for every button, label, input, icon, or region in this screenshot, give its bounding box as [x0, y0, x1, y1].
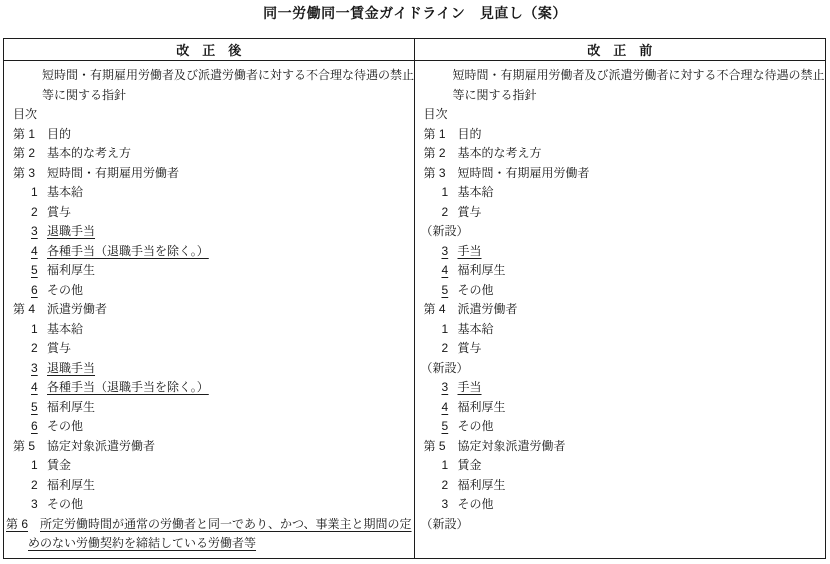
line-text: 手当 [458, 242, 482, 262]
line-text: 目次 [424, 105, 448, 125]
column-body-before: 短時間・有期雇用労働者及び派遣労働者に対する不合理な待遇の禁止等に関する指針目次… [415, 61, 826, 558]
toc-line: 短時間・有期雇用労働者及び派遣労働者に対する不合理な待遇の禁止 [415, 66, 826, 86]
line-text: 所定労働時間が通常の労働者と同一であり、かつ、事業主と期間の定 [40, 515, 412, 535]
line-number: 5 [442, 281, 449, 301]
line-text: 基本給 [458, 320, 494, 340]
line-text: その他 [47, 417, 83, 437]
toc-line: 3退職手当 [4, 222, 414, 242]
line-number: 6 [31, 281, 38, 301]
toc-line: 2福利厚生 [415, 476, 826, 496]
line-text: 基本給 [47, 320, 83, 340]
line-text: 基本給 [47, 183, 83, 203]
line-number: 第 3 [13, 164, 35, 184]
toc-line: 6その他 [4, 417, 414, 437]
line-number: 3 [442, 495, 449, 515]
line-number: 5 [31, 398, 38, 418]
line-text: 協定対象派遣労働者 [458, 437, 566, 457]
line-text: その他 [458, 417, 494, 437]
toc-line: 第 5協定対象派遣労働者 [415, 437, 826, 457]
line-text: 基本給 [458, 183, 494, 203]
comparison-table: 改 正 後 改 正 前 短時間・有期雇用労働者及び派遣労働者に対する不合理な待遇… [3, 38, 826, 559]
line-text: 賞与 [47, 203, 71, 223]
toc-line: （新設） [415, 359, 826, 379]
toc-line: 目次 [4, 105, 414, 125]
toc-line: 3退職手当 [4, 359, 414, 379]
column-body-after: 短時間・有期雇用労働者及び派遣労働者に対する不合理な待遇の禁止等に関する指針目次… [4, 61, 415, 558]
toc-line: 5その他 [415, 281, 826, 301]
line-text: 賞与 [458, 339, 482, 359]
line-number: 第 4 [424, 300, 446, 320]
toc-line: 2福利厚生 [4, 476, 414, 496]
toc-line: 2賞与 [415, 339, 826, 359]
toc-line: 等に関する指針 [4, 86, 414, 106]
line-text: 退職手当 [47, 359, 95, 379]
line-number: 3 [31, 495, 38, 515]
line-number: 1 [442, 183, 449, 203]
line-number: 第 1 [424, 125, 446, 145]
line-text: 等に関する指針 [42, 86, 126, 106]
toc-line: 等に関する指針 [415, 86, 826, 106]
toc-line: 5福利厚生 [4, 261, 414, 281]
line-text: 賃金 [458, 456, 482, 476]
line-text: 退職手当 [47, 222, 95, 242]
line-text: 短時間・有期雇用労働者及び派遣労働者に対する不合理な待遇の禁止 [453, 66, 825, 86]
toc-line: 4福利厚生 [415, 261, 826, 281]
line-text: 目的 [47, 125, 71, 145]
line-number: 第 2 [424, 144, 446, 164]
document-page: 同一労働同一賃金ガイドライン 見直し（案） 改 正 後 改 正 前 短時間・有期… [0, 0, 830, 564]
toc-line: 3その他 [415, 495, 826, 515]
line-text: 派遣労働者 [47, 300, 107, 320]
line-text: 福利厚生 [47, 476, 95, 496]
toc-line: 1基本給 [4, 183, 414, 203]
line-number: 4 [442, 398, 449, 418]
line-text: 基本的な考え方 [47, 144, 131, 164]
toc-line: （新設） [415, 222, 826, 242]
toc-line: 短時間・有期雇用労働者及び派遣労働者に対する不合理な待遇の禁止 [4, 66, 414, 86]
line-text: 目次 [13, 105, 37, 125]
line-text: 各種手当（退職手当を除く。） [47, 378, 209, 398]
line-number: 2 [31, 339, 38, 359]
toc-line: 6その他 [4, 281, 414, 301]
line-number: 3 [442, 242, 449, 262]
line-text: （新設） [421, 222, 469, 242]
toc-line: 5福利厚生 [4, 398, 414, 418]
line-text: 賞与 [47, 339, 71, 359]
toc-line: 4各種手当（退職手当を除く。） [4, 242, 414, 262]
line-number: 2 [31, 476, 38, 496]
line-text: 賞与 [458, 203, 482, 223]
line-text: 福利厚生 [47, 398, 95, 418]
line-text: その他 [47, 495, 83, 515]
line-text: 派遣労働者 [458, 300, 518, 320]
line-text: 短時間・有期雇用労働者 [47, 164, 179, 184]
line-number: 第 1 [13, 125, 35, 145]
line-text: めのない労働契約を締結している労働者等 [28, 534, 256, 554]
toc-line: 第 4派遣労働者 [4, 300, 414, 320]
line-number: 4 [31, 242, 38, 262]
line-text: 福利厚生 [458, 398, 506, 418]
toc-line: 第 4派遣労働者 [415, 300, 826, 320]
line-text: 短時間・有期雇用労働者及び派遣労働者に対する不合理な待遇の禁止 [42, 66, 414, 86]
line-text: 手当 [458, 378, 482, 398]
line-number: 1 [31, 183, 38, 203]
document-title: 同一労働同一賃金ガイドライン 見直し（案） [0, 3, 830, 23]
line-number: 1 [442, 456, 449, 476]
line-number: 6 [31, 417, 38, 437]
toc-line: 5その他 [415, 417, 826, 437]
toc-line: 3その他 [4, 495, 414, 515]
toc-line: 3手当 [415, 242, 826, 262]
toc-line: 1基本給 [415, 183, 826, 203]
line-number: 3 [442, 378, 449, 398]
toc-line: 第 3短時間・有期雇用労働者 [4, 164, 414, 184]
toc-line: 4福利厚生 [415, 398, 826, 418]
toc-line: 3手当 [415, 378, 826, 398]
line-number: 3 [31, 359, 38, 379]
toc-line: 1賃金 [4, 456, 414, 476]
toc-line: 第 1目的 [415, 125, 826, 145]
line-text: 福利厚生 [458, 476, 506, 496]
line-text: 目的 [458, 125, 482, 145]
toc-line: 第 2基本的な考え方 [415, 144, 826, 164]
line-number: 第 6 [6, 515, 28, 535]
line-text: その他 [47, 281, 83, 301]
line-text: 協定対象派遣労働者 [47, 437, 155, 457]
line-number: 2 [442, 476, 449, 496]
line-text: 基本的な考え方 [458, 144, 542, 164]
line-number: 5 [31, 261, 38, 281]
toc-line: （新設） [415, 515, 826, 535]
line-number: 2 [442, 203, 449, 223]
toc-line: めのない労働契約を締結している労働者等 [4, 534, 414, 554]
line-number: 4 [31, 378, 38, 398]
line-number: 4 [442, 261, 449, 281]
line-number: 3 [31, 222, 38, 242]
toc-line: 2賞与 [415, 203, 826, 223]
line-number: 1 [442, 320, 449, 340]
line-number: 1 [31, 456, 38, 476]
toc-line: 1基本給 [415, 320, 826, 340]
line-number: 1 [31, 320, 38, 340]
line-text: 各種手当（退職手当を除く。） [47, 242, 209, 262]
line-number: 2 [442, 339, 449, 359]
line-text: 短時間・有期雇用労働者 [458, 164, 590, 184]
column-header-before: 改 正 前 [415, 39, 826, 61]
toc-line: 第 1目的 [4, 125, 414, 145]
line-text: 福利厚生 [458, 261, 506, 281]
line-text: その他 [458, 281, 494, 301]
line-text: （新設） [421, 515, 469, 535]
toc-line: 第 3短時間・有期雇用労働者 [415, 164, 826, 184]
line-text: （新設） [421, 359, 469, 379]
toc-line: 第 6所定労働時間が通常の労働者と同一であり、かつ、事業主と期間の定 [4, 515, 414, 535]
line-text: 賃金 [47, 456, 71, 476]
toc-line: 1基本給 [4, 320, 414, 340]
column-header-after: 改 正 後 [4, 39, 415, 61]
line-text: 福利厚生 [47, 261, 95, 281]
line-text: その他 [458, 495, 494, 515]
line-number: 5 [442, 417, 449, 437]
toc-line: 2賞与 [4, 339, 414, 359]
line-number: 第 3 [424, 164, 446, 184]
line-number: 第 5 [13, 437, 35, 457]
toc-line: 4各種手当（退職手当を除く。） [4, 378, 414, 398]
toc-line: 1賃金 [415, 456, 826, 476]
toc-line: 第 5協定対象派遣労働者 [4, 437, 414, 457]
line-text: 等に関する指針 [453, 86, 537, 106]
line-number: 第 4 [13, 300, 35, 320]
toc-line: 2賞与 [4, 203, 414, 223]
line-number: 第 2 [13, 144, 35, 164]
toc-line: 第 2基本的な考え方 [4, 144, 414, 164]
line-number: 第 5 [424, 437, 446, 457]
line-number: 2 [31, 203, 38, 223]
toc-line: 目次 [415, 105, 826, 125]
